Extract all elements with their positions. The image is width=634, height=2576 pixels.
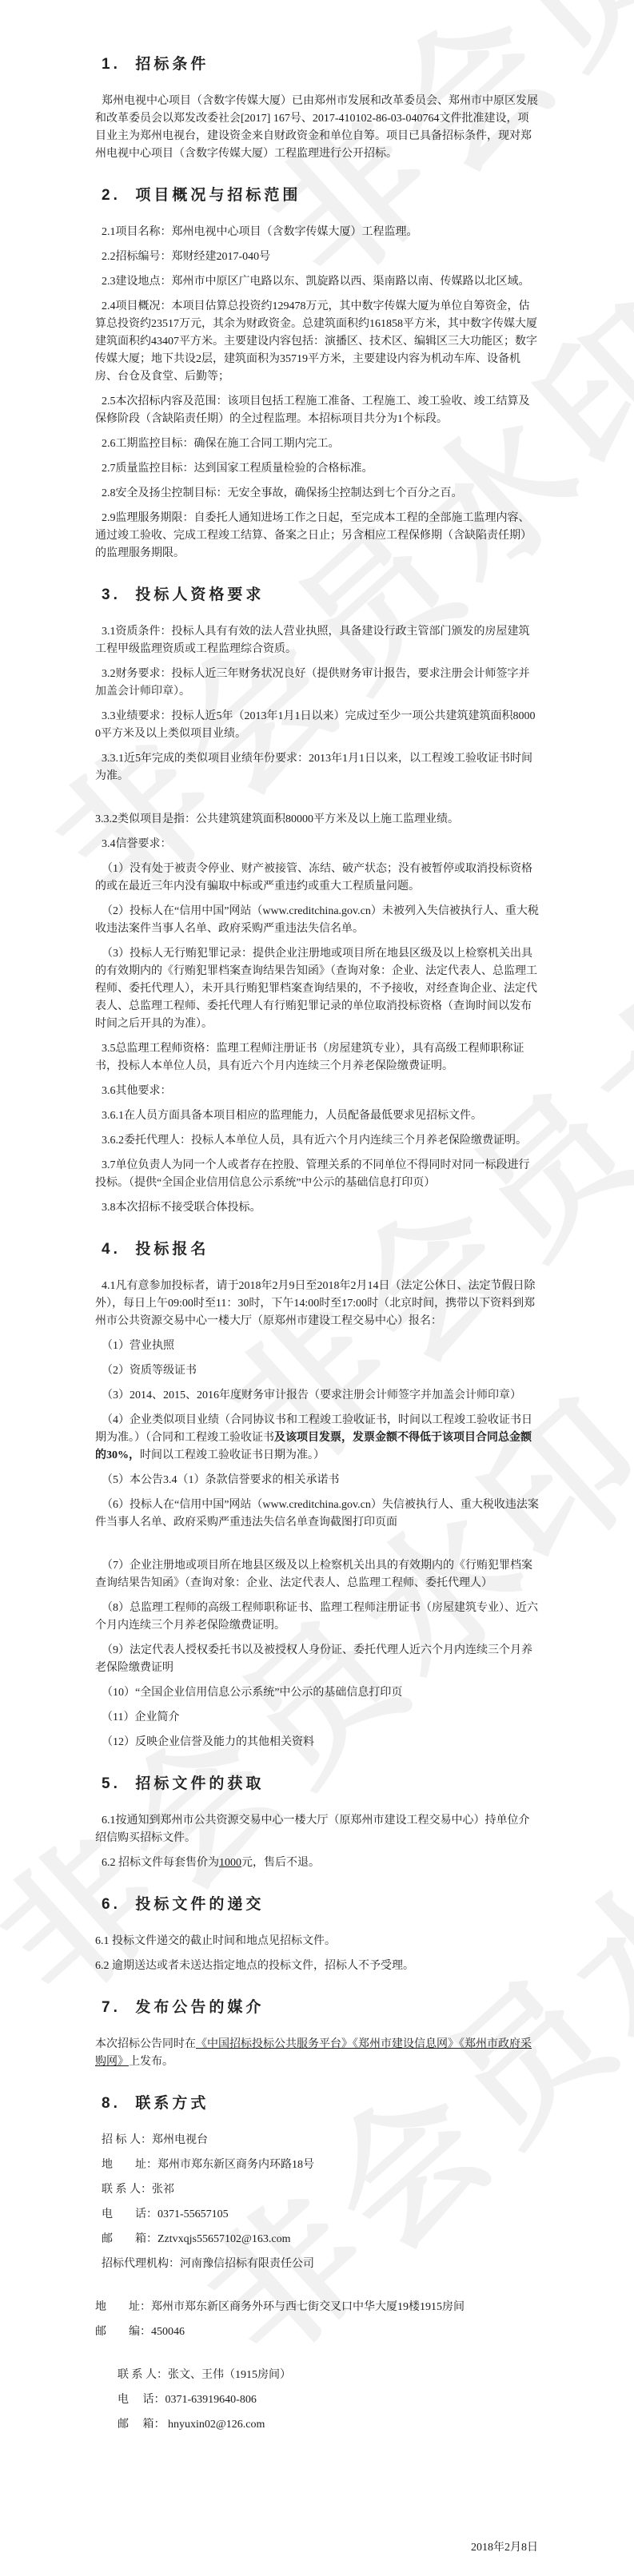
paragraph: （12）反映企业信誉及能力的其他相关资料 (95, 1734, 540, 1751)
section-heading: 1. 招标条件 (95, 56, 540, 74)
paragraph: 3.3.1近5年完成的类似项目业绩年份要求：2013年1月1日以来，以工程竣工验… (95, 750, 540, 785)
text-segment: 3.1资质条件：投标人具有有效的法人营业执照，具备建设行政主管部门颁发的房屋建筑… (95, 626, 530, 655)
paragraph: 6.2 逾期送达或者未送达指定地点的投标文件，招标人不予受理。 (95, 1958, 540, 1975)
text-segment: 3.7单位负责人为同一个人或者存在控股、管理关系的不同单位不得同时对同一标段进行… (95, 1159, 530, 1189)
text-segment: 2.1项目名称：郑州电视中心项目（含数字传媒大厦）工程监理。 (102, 226, 418, 238)
paragraph: 6.1 投标文件递交的截止时间和地点见招标文件。 (95, 1933, 540, 1950)
text-segment: 上发布。 (129, 2056, 173, 2068)
paragraph: 2.7质量监控目标：达到国家工程质量检验的合格标准。 (95, 460, 540, 478)
doc-section-2: 2. 项目概况与招标范围2.1项目名称：郑州电视中心项目（含数字传媒大厦）工程监… (95, 187, 540, 563)
paragraph: 3.6.2委托代理人：投标人本单位人员，具有近六个月内连续三个月养老保险缴费证明… (95, 1132, 540, 1150)
paragraph: 邮 编：450046 (95, 2324, 540, 2341)
text-segment: （10）“全国企业信用信息公示系统”中公示的基础信息打印页 (102, 1687, 402, 1699)
text-segment: 2.7质量监控目标：达到国家工程质量检验的合格标准。 (102, 463, 373, 475)
text-segment: （11）企业简介 (102, 1711, 179, 1723)
text-segment: 6.2 招标文件每套售价为 (102, 1857, 219, 1869)
text-segment: 3.4信誉要求： (102, 838, 172, 850)
text-segment: 联 系 人：张祁 (102, 2184, 174, 2196)
text-segment: 3.3业绩要求：投标人近5年（2013年1月1日以来）完成过至少一项公共建筑建筑… (95, 710, 536, 740)
paragraph: 2.2招标编号：郑财经建2017-040号 (95, 248, 540, 266)
text-segment: 2.2招标编号：郑财经建2017-040号 (102, 251, 270, 263)
paragraph: 招标代理机构：河南豫信招标有限责任公司 (95, 2256, 540, 2273)
text-segment: 邮 箱：Zztvxqjs55657102@163.com (102, 2233, 291, 2245)
section-heading: 7. 发布公告的媒介 (95, 1999, 540, 2017)
paragraph: 3.2财务要求：投标人近三年财务状况良好（提供财务审计报告，要求注册会计师签字并… (95, 666, 540, 701)
text-segment: 6.1按通知到郑州市公共资源交易中心一楼大厅（原郑州市建设工程交易中心）持单位介… (95, 1815, 530, 1844)
text-segment: 3.6其他要求： (102, 1085, 172, 1097)
paragraph: 3.4信誉要求： (95, 836, 540, 853)
text-segment: （8）总监理工程师的高级工程师职称证书、监理工程师注册证书（房屋建筑专业）、近六… (95, 1602, 538, 1632)
text-segment: （2）投标人在“信用中国”网站（www.creditchina.gov.cn）未… (95, 905, 539, 935)
text-segment: 3.6.1在人员方面具备本项目相应的监理能力，人员配备最低要求见招标文件。 (102, 1110, 482, 1122)
paragraph: （2）投标人在“信用中国”网站（www.creditchina.gov.cn）未… (95, 903, 540, 938)
text-segment: 招标代理机构：河南豫信招标有限责任公司 (102, 2258, 314, 2270)
doc-section-7: 7. 发布公告的媒介本次招标公告同时在《中国招标投标公共服务平台》《郑州市建设信… (95, 1999, 540, 2071)
paragraph: 3.6其他要求： (95, 1083, 540, 1100)
text-segment: 联 系 人：张文、王伟（1915房间） (118, 2369, 291, 2381)
paragraph: （10）“全国企业信用信息公示系统”中公示的基础信息打印页 (95, 1684, 540, 1702)
text-segment: 6.2 逾期送达或者未送达指定地点的投标文件，招标人不予受理。 (95, 1960, 414, 1972)
paragraph: 3.6.1在人员方面具备本项目相应的监理能力，人员配备最低要求见招标文件。 (95, 1107, 540, 1125)
paragraph: 邮 箱： hnyuxin02@126.com (95, 2416, 540, 2434)
text-segment: 时间以工程竣工验收证书日期为准。） (140, 1449, 325, 1461)
text-segment: 本次招标公告同时在 (95, 2038, 196, 2050)
paragraph: 3.3.2类似项目是指：公共建筑建筑面积80000平方米及以上施工监理业绩。 (95, 811, 540, 829)
paragraph: 3.8本次招标不接受联合体投标。 (95, 1199, 540, 1217)
text-segment: 电 话：0371-63919640-806 (118, 2394, 257, 2406)
doc-section-6: 6. 投标文件的递交6.1 投标文件递交的截止时间和地点见招标文件。6.2 逾期… (95, 1896, 540, 1975)
text-segment: （12）反映企业信誉及能力的其他相关资料 (102, 1736, 314, 1748)
paragraph: 2.9监理服务期限：自委托人通知进场工作之日起，至完成本工程的全部施工监理内容、… (95, 510, 540, 563)
paragraph: 2.3建设地点：郑州市中原区广电路以东、凯旋路以西、渠南路以南、传媒路以北区域。 (95, 273, 540, 291)
text-segment: 4.1凡有意参加投标者，请于2018年2月9日至2018年2月14日（法定公休日… (95, 1280, 536, 1327)
section-heading: 3. 投标人资格要求 (95, 586, 540, 604)
text-segment: （1）没有处于被责令停业、财产被接管、冻结、破产状态；没有被暂停或取消投标资格的… (95, 863, 532, 892)
text-segment: 2.3建设地点：郑州市中原区广电路以东、凯旋路以西、渠南路以南、传媒路以北区域。 (102, 276, 530, 288)
text-segment: 6.1 投标文件递交的截止时间和地点见招标文件。 (95, 1935, 336, 1947)
paragraph: 地 址：郑州市郑东新区商务外环与西七街交叉口中华大厦19楼1915房间 (95, 2299, 540, 2316)
section-heading: 8. 联系方式 (95, 2095, 540, 2113)
section-heading: 5. 招标文件的获取 (95, 1775, 540, 1793)
text-segment: （2）资质等级证书 (102, 1365, 197, 1377)
document-body: 1. 招标条件郑州电视中心项目（含数字传媒大厦）已由郑州市发展和改革委员会、郑州… (95, 56, 540, 2434)
paragraph: 2.8安全及扬尘控制目标：无安全事故，确保扬尘控制达到七个百分之百。 (95, 485, 540, 503)
doc-date: 2018年2月8日 (95, 2539, 540, 2557)
paragraph: 3.1资质条件：投标人具有有效的法人营业执照，具备建设行政主管部门颁发的房屋建筑… (95, 623, 540, 658)
paragraph: 招 标 人：郑州电视台 (95, 2132, 540, 2149)
paragraph: 3.7单位负责人为同一个人或者存在控股、管理关系的不同单位不得同时对同一标段进行… (95, 1157, 540, 1192)
paragraph: 6.2 招标文件每套售价为1000元，售后不退。 (95, 1854, 540, 1872)
paragraph: （4）企业类似项目业绩（合同协议书和工程竣工验收证书，时间以工程竣工验收证书日期… (95, 1412, 540, 1465)
paragraph: 6.1按通知到郑州市公共资源交易中心一楼大厅（原郑州市建设工程交易中心）持单位介… (95, 1812, 540, 1847)
section-heading: 6. 投标文件的递交 (95, 1896, 540, 1914)
text-segment: 郑州电视中心项目（含数字传媒大厦）已由郑州市发展和改革委员会、郑州市中原区发展和… (95, 95, 538, 160)
text-segment: 2.6工期监控目标：确保在施工合同工期内完工。 (102, 438, 340, 450)
document-page: 非会员水印 非会员水印 非会员水印 非会员水印 非会员水印 1. 招标条件郑州电… (0, 0, 634, 2576)
paragraph: （2）资质等级证书 (95, 1362, 540, 1380)
text-segment: 2.4项目概况：本项目估算总投资约129478万元，其中数字传媒大厦为单位自筹资… (95, 300, 537, 383)
text-segment: 2.5本次招标内容及范围：该项目包括工程施工准备、工程施工、竣工验收、竣工结算及… (95, 396, 530, 425)
section-heading: 4. 投标报名 (95, 1241, 540, 1258)
paragraph: （3）2014、2015、2016年度财务审计报告（要求注册会计师签字并加盖会计… (95, 1387, 540, 1405)
doc-section-3: 3. 投标人资格要求3.1资质条件：投标人具有有效的法人营业执照，具备建设行政主… (95, 586, 540, 1217)
text-segment: 3.3.1近5年完成的类似项目业绩年份要求：2013年1月1日以来，以工程竣工验… (95, 753, 532, 782)
text-segment: 3.8本次招标不接受联合体投标。 (102, 1202, 261, 1214)
paragraph: （3）投标人无行贿犯罪记录：提供企业注册地或项目所在地县区级及以上检察机关出具的… (95, 945, 540, 1033)
text-segment: （1）营业执照 (102, 1340, 174, 1352)
text-segment: （9）法定代表人授权委托书以及被授权人身份证、委托代理人近六个月内连续三个月养老… (95, 1644, 532, 1674)
paragraph: 3.5总监理工程师资格：监理工程师注册证书（房屋建筑专业），具有高级工程师职称证… (95, 1040, 540, 1075)
text-segment: 1000 (219, 1857, 241, 1869)
text-segment: 3.5总监理工程师资格：监理工程师注册证书（房屋建筑专业），具有高级工程师职称证… (95, 1043, 524, 1072)
text-segment: 3.3.2类似项目是指：公共建筑建筑面积80000平方米及以上施工监理业绩。 (95, 813, 459, 825)
paragraph: （1）没有处于被责令停业、财产被接管、冻结、破产状态；没有被暂停或取消投标资格的… (95, 861, 540, 896)
text-segment: （3）投标人无行贿犯罪记录：提供企业注册地或项目所在地县区级及以上检察机关出具的… (95, 948, 537, 1030)
text-segment: 元，售后不退。 (241, 1857, 320, 1869)
text-segment: （6）投标人在“信用中国”网站（www.creditchina.gov.cn）失… (95, 1499, 539, 1529)
paragraph: 2.5本次招标内容及范围：该项目包括工程施工准备、工程施工、竣工验收、竣工结算及… (95, 393, 540, 428)
text-segment: （5）本公告3.4（1）条款信誉要求的相关承诺书 (102, 1474, 340, 1486)
paragraph: （9）法定代表人授权委托书以及被授权人身份证、委托代理人近六个月内连续三个月养老… (95, 1642, 540, 1677)
paragraph: 电 话：0371-63919640-806 (95, 2391, 540, 2409)
paragraph: 2.6工期监控目标：确保在施工合同工期内完工。 (95, 435, 540, 453)
paragraph: 联 系 人：张祁 (95, 2181, 540, 2199)
paragraph: 电 话：0371-55657105 (95, 2206, 540, 2224)
paragraph: （11）企业简介 (95, 1709, 540, 1727)
paragraph: 地 址：郑州市郑东新区商务内环路18号 (95, 2157, 540, 2174)
text-segment: （7）企业注册地或项目所在地县区级及以上检察机关出具的有效期内的《行贿犯罪档案查… (95, 1560, 532, 1589)
paragraph: （6）投标人在“信用中国”网站（www.creditchina.gov.cn）失… (95, 1497, 540, 1532)
paragraph: 本次招标公告同时在《中国招标投标公共服务平台》《郑州市建设信息网》《郑州市政府采… (95, 2036, 540, 2071)
paragraph: （7）企业注册地或项目所在地县区级及以上检察机关出具的有效期内的《行贿犯罪档案查… (95, 1557, 540, 1592)
doc-section-5: 5. 招标文件的获取6.1按通知到郑州市公共资源交易中心一楼大厅（原郑州市建设工… (95, 1775, 540, 1872)
paragraph: 2.1项目名称：郑州电视中心项目（含数字传媒大厦）工程监理。 (95, 224, 540, 241)
paragraph: 邮 箱：Zztvxqjs55657102@163.com (95, 2231, 540, 2248)
section-heading: 2. 项目概况与招标范围 (95, 187, 540, 205)
paragraph: （1）营业执照 (95, 1338, 540, 1355)
text-segment: 电 话：0371-55657105 (102, 2208, 229, 2220)
text-segment: 招 标 人：郑州电视台 (102, 2134, 208, 2146)
text-segment: 地 址：郑州市郑东新区商务内环路18号 (102, 2159, 314, 2171)
text-segment: 邮 编：450046 (95, 2326, 185, 2338)
text-segment: 2.9监理服务期限：自委托人通知进场工作之日起，至完成本工程的全部施工监理内容、… (95, 512, 532, 559)
text-segment: （3）2014、2015、2016年度财务审计报告（要求注册会计师签字并加盖会计… (102, 1389, 521, 1401)
paragraph: （8）总监理工程师的高级工程师职称证书、监理工程师注册证书（房屋建筑专业）、近六… (95, 1600, 540, 1635)
doc-section-8: 8. 联系方式招 标 人：郑州电视台地 址：郑州市郑东新区商务内环路18号联 系… (95, 2095, 540, 2434)
text-segment: 邮 箱： hnyuxin02@126.com (118, 2419, 265, 2431)
doc-section-1: 1. 招标条件郑州电视中心项目（含数字传媒大厦）已由郑州市发展和改革委员会、郑州… (95, 56, 540, 163)
paragraph: （5）本公告3.4（1）条款信誉要求的相关承诺书 (95, 1472, 540, 1489)
paragraph: 郑州电视中心项目（含数字传媒大厦）已由郑州市发展和改革委员会、郑州市中原区发展和… (95, 93, 540, 163)
paragraph: 联 系 人：张文、王伟（1915房间） (95, 2367, 540, 2384)
paragraph: 2.4项目概况：本项目估算总投资约129478万元，其中数字传媒大厦为单位自筹资… (95, 298, 540, 386)
doc-section-4: 4. 投标报名4.1凡有意参加投标者，请于2018年2月9日至2018年2月14… (95, 1241, 540, 1751)
text-segment: 2.8安全及扬尘控制目标：无安全事故，确保扬尘控制达到七个百分之百。 (102, 487, 463, 499)
paragraph: 4.1凡有意参加投标者，请于2018年2月9日至2018年2月14日（法定公休日… (95, 1278, 540, 1330)
text-segment: 3.6.2委托代理人：投标人本单位人员，具有近六个月内连续三个月养老保险缴费证明… (102, 1135, 527, 1147)
text-segment: 地 址：郑州市郑东新区商务外环与西七街交叉口中华大厦19楼1915房间 (95, 2301, 465, 2313)
paragraph: 3.3业绩要求：投标人近5年（2013年1月1日以来）完成过至少一项公共建筑建筑… (95, 708, 540, 743)
text-segment: 3.2财务要求：投标人近三年财务状况良好（提供财务审计报告，要求注册会计师签字并… (95, 668, 530, 698)
